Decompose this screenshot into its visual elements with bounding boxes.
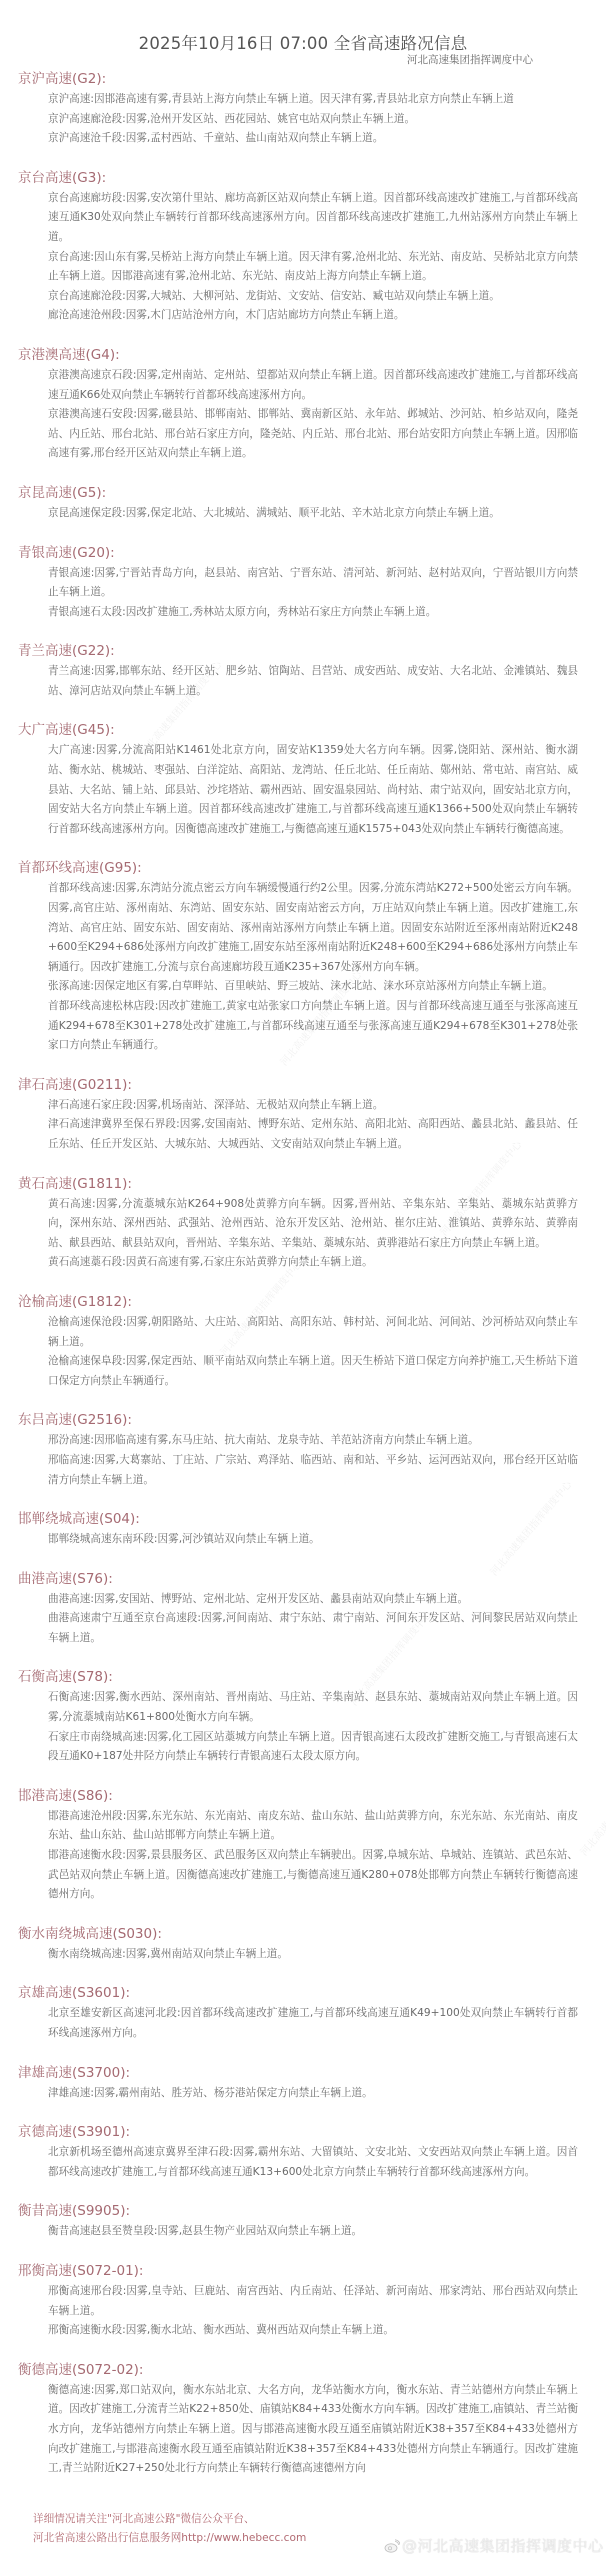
section-item: 津石高速津冀界至保石界段:因雾,安国南站、博野东站、定州东站、高阳北站、高阳西站… [0, 1115, 606, 1154]
road-section: 京沪高速(G2):京沪高速:因邯港高速有雾,青县站上海方向禁止车辆上道。因天津有… [0, 68, 606, 149]
section-title: 沧榆高速(G1812): [0, 1291, 606, 1313]
section-item: 首都环线高速:因雾,东湾站分流点密云方向车辆缓慢通行约2公里。因雾,分流东湾站K… [0, 879, 606, 977]
road-section: 衡德高速(S072-02):衡德高速:因雾,郑口站双向，衡水东站北京、大名方向，… [0, 2359, 606, 2479]
section-item: 北京新机场至德州高速京冀界至津石段:因雾,霸州东站、大留镇站、文安北站、文安西站… [0, 2143, 606, 2182]
issuer-subtitle: 河北高速集团指挥调度中心 [370, 52, 570, 67]
section-item: 京台高速:因山东有雾,吴桥站上海方向禁止车辆上道。因天津有雾,沧州北站、东光站、… [0, 248, 606, 287]
section-title: 东吕高速(G2516): [0, 1409, 606, 1431]
section-item: 邯港高速沧州段:因雾,东光东站、东光南站、南皮东站、盐山东站、盐山站黄骅方向，东… [0, 1807, 606, 1846]
road-section: 津雄高速(S3700):津雄高速:因雾,霸州南站、胜芳站、杨芬港站保定方向禁止车… [0, 2062, 606, 2104]
section-title: 邯郸绕城高速(S04): [0, 1508, 606, 1530]
road-section: 邢衡高速(S072-01):邢衡高速邢台段:因雾,皇寺站、巨鹿站、南宫西站、内丘… [0, 2260, 606, 2341]
section-item: 黄石高速:因雾,分流藁城东站K264+908处黄骅方向车辆。因雾,晋州站、辛集东… [0, 1195, 606, 1254]
road-section: 东吕高速(G2516):邢汾高速:因邢临高速有雾,东马庄站、抗大南站、龙泉寺站、… [0, 1409, 606, 1490]
section-item: 京昆高速保定段:因雾,保定北站、大北城站、满城站、顺平北站、辛木站北京方向禁止车… [0, 504, 606, 524]
road-section: 津石高速(G0211):津石高速石家庄段:因雾,机场南站、深泽站、无极站双向禁止… [0, 1074, 606, 1155]
road-section: 衡水南绕城高速(S030):衡水南绕城高速:因雾,冀州南站双向禁止车辆上道。 [0, 1923, 606, 1965]
section-item: 衡昔高速赵县至赞皇段:因雾,赵县生物产业园站双向禁止车辆上道。 [0, 2222, 606, 2242]
section-item: 廊沧高速沧州段:因雾,木门店站沧州方向，木门店站廊坊方向禁止车辆上道。 [0, 306, 606, 326]
road-section: 黄石高速(G1811):黄石高速:因雾,分流藁城东站K264+908处黄骅方向车… [0, 1173, 606, 1273]
section-title: 黄石高速(G1811): [0, 1173, 606, 1195]
section-item: 津雄高速:因雾,霸州南站、胜芳站、杨芬港站保定方向禁止车辆上道。 [0, 2084, 606, 2104]
section-item: 首都环线高速松林店段:因改扩建施工,黄家屯站张家口方向禁止车辆上道。因与首都环线… [0, 997, 606, 1056]
section-item: 京港澳高速京石段:因雾,定州南站、定州站、望都站双向禁止车辆上道。因首都环线高速… [0, 366, 606, 405]
footer-wechat-note: 详细情况请关注"河北高速公路"微信公众平台、 [33, 2510, 593, 2529]
section-item: 京台高速廊坊段:因雾,安次第什里站、廊坊高新区站双向禁止车辆上道。因首都环线高速… [0, 189, 606, 248]
section-title: 衡德高速(S072-02): [0, 2359, 606, 2381]
section-title: 衡昔高速(S9905): [0, 2200, 606, 2222]
section-item: 邢汾高速:因邢临高速有雾,东马庄站、抗大南站、龙泉寺站、羊范站济南方向禁止车辆上… [0, 1431, 606, 1451]
section-item: 京沪高速:因邯港高速有雾,青县站上海方向禁止车辆上道。因天津有雾,青县站北京方向… [0, 90, 606, 110]
section-item: 大广高速:因雾,分流高阳站K1461处北京方向，固安站K1359处大名方向车辆。… [0, 741, 606, 839]
section-item: 石衡高速:因雾,衡水西站、深州南站、晋州南站、马庄站、辛集南站、赵县东站、藁城南… [0, 1688, 606, 1727]
traffic-report-page: 2025年10月16日 07:00 全省高速路况信息 河北高速集团指挥调度中心 … [0, 0, 606, 2560]
section-title: 京港澳高速(G4): [0, 344, 606, 366]
section-item: 黄石高速藁石段:因黄石高速有雾,石家庄东站黄骅方向禁止车辆上道。 [0, 1253, 606, 1273]
road-section: 邯郸绕城高速(S04):邯郸绕城高速东南环段:因雾,河沙镇站双向禁止车辆上道。 [0, 1508, 606, 1550]
road-section: 沧榆高速(G1812):沧榆高速保沧段:因雾,朝阳路站、大庄站、高阳站、高阳东站… [0, 1291, 606, 1391]
section-item: 京沪高速沧千段:因雾,孟村西站、千童站、盐山南站双向禁止车辆上道。 [0, 129, 606, 149]
section-item: 沧榆高速保阜段:因雾,保定西站、顺平南站双向禁止车辆上道。因天生桥站下道口保定方… [0, 1352, 606, 1391]
section-item: 北京至雄安新区高速河北段:因首都环线高速改扩建施工,与首都环线高速互通K49+1… [0, 2004, 606, 2043]
section-item: 沧榆高速保沧段:因雾,朝阳路站、大庄站、高阳站、高阳东站、韩村站、河间北站、河间… [0, 1313, 606, 1352]
road-section: 京昆高速(G5):京昆高速保定段:因雾,保定北站、大北城站、满城站、顺平北站、辛… [0, 482, 606, 524]
section-title: 京台高速(G3): [0, 167, 606, 189]
road-section: 京台高速(G3):京台高速廊坊段:因雾,安次第什里站、廊坊高新区站双向禁止车辆上… [0, 167, 606, 326]
section-title: 京沪高速(G2): [0, 68, 606, 90]
section-title: 津石高速(G0211): [0, 1074, 606, 1096]
road-section: 京港澳高速(G4):京港澳高速京石段:因雾,定州南站、定州站、望都站双向禁止车辆… [0, 344, 606, 464]
weibo-watermark: @河北高速集团指挥调度中心 [384, 2535, 604, 2556]
road-section: 石衡高速(S78):石衡高速:因雾,衡水西站、深州南站、晋州南站、马庄站、辛集南… [0, 1666, 606, 1766]
road-section: 青兰高速(G22):青兰高速:因雾,邯郸东站、经开区站、肥乡站、馆陶站、吕营站、… [0, 640, 606, 701]
road-section: 大广高速(G45):大广高速:因雾,分流高阳站K1461处北京方向，固安站K13… [0, 719, 606, 839]
section-item: 衡德高速:因雾,郑口站双向，衡水东站北京、大名方向，龙华站衡水方向，衡水东站、青… [0, 2381, 606, 2479]
section-item: 张涿高速:因保定地区有雾,白草畔站、百里峡站、野三坡站、涞水北站、涞水环京站涿州… [0, 977, 606, 997]
road-section: 邯港高速(S86):邯港高速沧州段:因雾,东光东站、东光南站、南皮东站、盐山东站… [0, 1785, 606, 1905]
section-title: 邢衡高速(S072-01): [0, 2260, 606, 2282]
road-section: 青银高速(G20):青银高速:因雾,宁晋站青岛方向，赵县站、南宫站、宁晋东站、清… [0, 542, 606, 623]
section-item: 邯港高速衡水段:因雾,景县服务区、武邑服务区双向禁止车辆驶出。因雾,阜城东站、阜… [0, 1846, 606, 1905]
section-item: 石家庄市南绕城高速:因雾,化工园区站藁城方向禁止车辆上道。因青银高速石太段改扩建… [0, 1728, 606, 1767]
road-section: 京雄高速(S3601):北京至雄安新区高速河北段:因首都环线高速改扩建施工,与首… [0, 1982, 606, 2043]
section-title: 京德高速(S3901): [0, 2121, 606, 2143]
section-item: 邢临高速:因雾,大葛寨站、丁庄站、广宗站、鸡泽站、临西站、南和站、平乡站、运河西… [0, 1451, 606, 1490]
section-title: 大广高速(G45): [0, 719, 606, 741]
section-item: 京港澳高速石安段:因雾,磁县站、邯郸南站、邯郸站、冀南新区站、永年站、邺城站、沙… [0, 405, 606, 464]
section-title: 邯港高速(S86): [0, 1785, 606, 1807]
section-item: 邯郸绕城高速东南环段:因雾,河沙镇站双向禁止车辆上道。 [0, 1530, 606, 1550]
page-title: 2025年10月16日 07:00 全省高速路况信息 [0, 30, 606, 54]
section-item: 津石高速石家庄段:因雾,机场南站、深泽站、无极站双向禁止车辆上道。 [0, 1096, 606, 1116]
road-section: 曲港高速(S76):曲港高速:因雾,安国站、博野站、定州北站、定州开发区站、蠡县… [0, 1568, 606, 1649]
section-title: 青银高速(G20): [0, 542, 606, 564]
section-item: 邢衡高速衡水段:因雾,衡水北站、衡水西站、冀州西站双向禁止车辆上道。 [0, 2321, 606, 2341]
section-title: 青兰高速(G22): [0, 640, 606, 662]
section-title: 衡水南绕城高速(S030): [0, 1923, 606, 1945]
section-item: 曲港高速:因雾,安国站、博野站、定州北站、定州开发区站、蠡县南站双向禁止车辆上道… [0, 1590, 606, 1610]
section-item: 京沪高速廊沧段:因雾,沧州开发区站、西花园站、姚官屯站双向禁止车辆上道。 [0, 110, 606, 130]
section-title: 石衡高速(S78): [0, 1666, 606, 1688]
section-title: 津雄高速(S3700): [0, 2062, 606, 2084]
section-title: 首都环线高速(G95): [0, 857, 606, 879]
section-title: 京雄高速(S3601): [0, 1982, 606, 2004]
section-title: 曲港高速(S76): [0, 1568, 606, 1590]
section-item: 青银高速:因雾,宁晋站青岛方向，赵县站、南宫站、宁晋东站、清河站、新河站、赵村站… [0, 564, 606, 603]
road-sections-list: 京沪高速(G2):京沪高速:因邯港高速有雾,青县站上海方向禁止车辆上道。因天津有… [0, 68, 606, 2497]
road-section: 京德高速(S3901):北京新机场至德州高速京冀界至津石段:因雾,霸州东站、大留… [0, 2121, 606, 2182]
section-item: 曲港高速肃宁互通至京台高速段:因雾,河间南站、肃宁东站、肃宁南站、河间东开发区站… [0, 1609, 606, 1648]
section-item: 衡水南绕城高速:因雾,冀州南站双向禁止车辆上道。 [0, 1945, 606, 1965]
road-section: 衡昔高速(S9905):衡昔高速赵县至赞皇段:因雾,赵县生物产业园站双向禁止车辆… [0, 2200, 606, 2242]
section-item: 京台高速廊沧段:因雾,大城站、大柳河站、龙街站、文安站、信安站、臧屯站双向禁止车… [0, 287, 606, 307]
section-title: 京昆高速(G5): [0, 482, 606, 504]
road-section: 首都环线高速(G95):首都环线高速:因雾,东湾站分流点密云方向车辆缓慢通行约2… [0, 857, 606, 1055]
section-item: 青兰高速:因雾,邯郸东站、经开区站、肥乡站、馆陶站、吕营站、成安西站、成安站、大… [0, 662, 606, 701]
section-item: 邢衡高速邢台段:因雾,皇寺站、巨鹿站、南宫西站、内丘南站、任泽站、新河南站、邢家… [0, 2282, 606, 2321]
weibo-icon [384, 2539, 400, 2553]
section-item: 青银高速石太段:因改扩建施工,秀林站太原方向，秀林站石家庄方向禁止车辆上道。 [0, 603, 606, 623]
watermark-text: @河北高速集团指挥调度中心 [402, 2537, 604, 2555]
